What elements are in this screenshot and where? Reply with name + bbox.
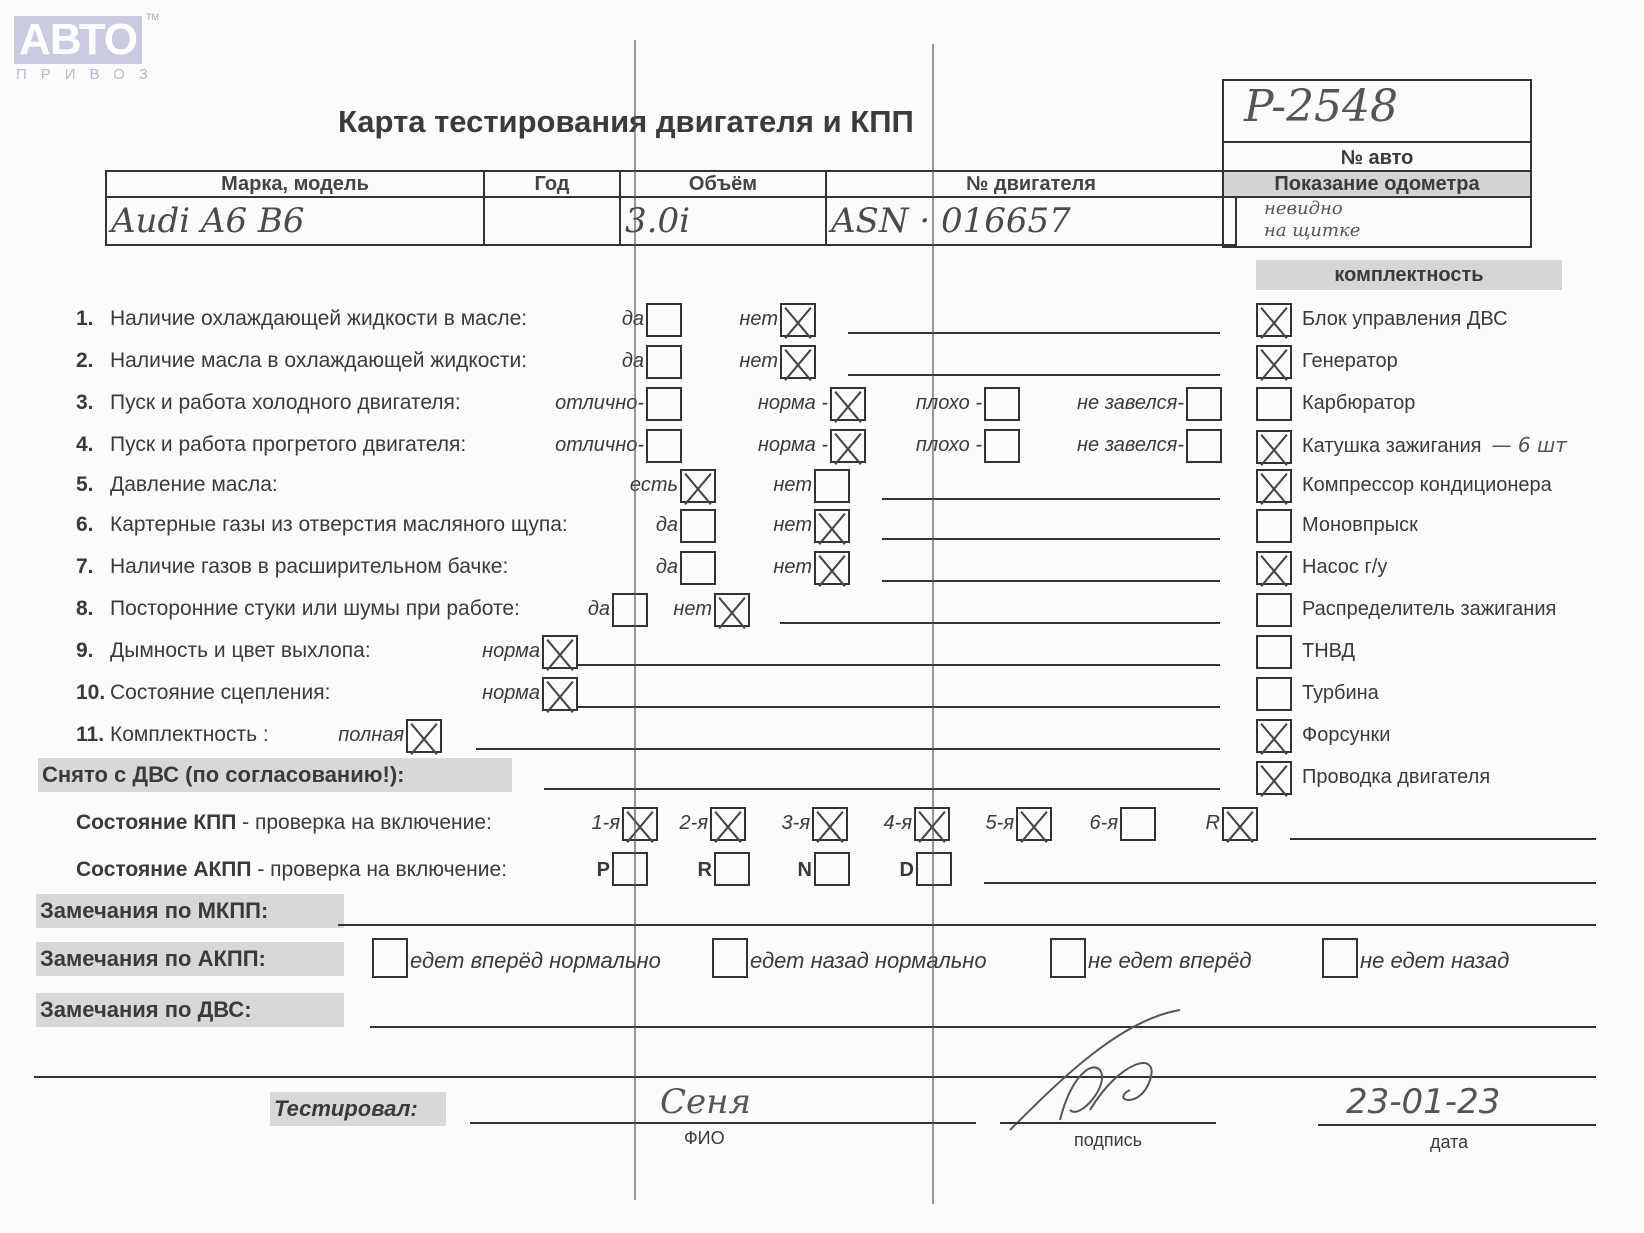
- komplekt-item-label: Проводка двигателя: [1302, 766, 1490, 788]
- remarks-akpp-label: Замечания по АКПП:: [36, 942, 344, 976]
- brand-subtitle: ПРИВОЗ: [16, 66, 162, 83]
- checkbox[interactable]: [406, 719, 442, 753]
- checkbox[interactable]: [1256, 387, 1292, 421]
- komplekt-item[interactable]: Катушка зажигания— 6 шт: [1256, 428, 1567, 462]
- tested-label: Тестировал:: [270, 1092, 446, 1126]
- komplekt-item-label: Катушка зажигания: [1302, 435, 1482, 457]
- checkbox[interactable]: [1256, 719, 1292, 753]
- check-label: Посторонние стуки или шумы при работе:: [110, 597, 520, 620]
- akpp-remark-checkbox[interactable]: [372, 938, 408, 978]
- checkbox[interactable]: [1256, 551, 1292, 585]
- name-caption: ФИО: [684, 1128, 725, 1149]
- komplekt-item-label: Карбюратор: [1302, 392, 1415, 414]
- check-number: 7.: [76, 550, 110, 584]
- akpp-remark-checkbox[interactable]: [1322, 938, 1358, 978]
- checkbox[interactable]: [646, 345, 682, 379]
- auto-number-label: № авто: [1224, 143, 1530, 173]
- komplekt-item-label: Компрессор кондиционера: [1302, 474, 1552, 496]
- check-number: 2.: [76, 344, 110, 378]
- akpp-label-bold: Состояние АКПП: [76, 858, 252, 881]
- option-label: не завелся-: [1077, 428, 1184, 462]
- checkbox[interactable]: [1186, 387, 1222, 421]
- checkbox[interactable]: [542, 677, 578, 711]
- notes-line[interactable]: [780, 622, 1220, 624]
- akpp-mode-label: R: [698, 853, 712, 887]
- checkbox[interactable]: [1256, 430, 1292, 464]
- gear-label: R: [1206, 806, 1220, 840]
- check-label: Комплектность :: [110, 723, 269, 746]
- checkbox[interactable]: [542, 635, 578, 669]
- option-label: отлично-: [555, 428, 644, 462]
- auto-number-value[interactable]: P-2548: [1224, 81, 1530, 143]
- checkbox[interactable]: [612, 593, 648, 627]
- checkbox[interactable]: [646, 387, 682, 421]
- check-number: 10.: [76, 676, 110, 710]
- tester-name[interactable]: Сеня: [660, 1082, 751, 1122]
- check-label: Давление масла:: [110, 473, 278, 496]
- komplekt-item-label: Форсунки: [1302, 724, 1390, 746]
- checkbox[interactable]: [646, 429, 682, 463]
- remarks-mkpp-label: Замечания по МКПП:: [36, 894, 344, 928]
- check-row: 11.Комплектность :: [76, 718, 269, 752]
- checkbox[interactable]: [780, 303, 816, 337]
- option-label: да: [656, 550, 678, 584]
- komplekt-item-note: — 6 шт: [1492, 433, 1567, 457]
- akpp-remark-checkbox[interactable]: [1050, 938, 1086, 978]
- option-label: да: [588, 592, 610, 626]
- gear-label: 4-я: [884, 806, 912, 840]
- option-label: норма -: [758, 386, 828, 420]
- gear-checkbox[interactable]: [622, 807, 658, 841]
- option-label: нет: [673, 592, 712, 626]
- check-row: 2.Наличие масла в охлаждающей жидкости:: [76, 344, 527, 378]
- col-year: Год: [484, 171, 620, 197]
- option-label: норма -: [758, 428, 828, 462]
- remarks-mkpp-line[interactable]: [338, 924, 1596, 926]
- komplekt-item-label: Генератор: [1302, 350, 1398, 372]
- gear-label: 5-я: [986, 806, 1014, 840]
- col-engine-no: № двигателя: [826, 171, 1236, 197]
- check-row: 1.Наличие охлаждающей жидкости в масле:: [76, 302, 527, 336]
- checkbox[interactable]: [1256, 303, 1292, 337]
- remarks-dvs-label: Замечания по ДВС:: [36, 993, 344, 1027]
- option-label: нет: [773, 468, 812, 502]
- komplekt-item[interactable]: Карбюратор: [1256, 386, 1415, 420]
- kpp-label-rest: - проверка на включение:: [236, 811, 492, 834]
- option-label: нет: [773, 550, 812, 584]
- notes-line[interactable]: [848, 374, 1220, 376]
- akpp-label: Состояние АКПП - проверка на включение:: [76, 853, 507, 887]
- remarks-dvs-line-2[interactable]: [34, 1076, 1596, 1078]
- option-label: плохо -: [916, 386, 982, 420]
- akpp-mode-checkbox[interactable]: [714, 852, 750, 886]
- komplekt-item[interactable]: Насос г/у: [1256, 550, 1387, 584]
- check-label: Состояние сцепления:: [110, 681, 330, 704]
- komplekt-item[interactable]: Компрессор кондиционера: [1256, 468, 1552, 502]
- check-label: Дымность и цвет выхлопа:: [110, 639, 371, 662]
- akpp-remark-label: едет назад нормально: [750, 944, 987, 978]
- komplekt-header: комплектность: [1256, 260, 1562, 290]
- akpp-remark-label: едет вперёд нормально: [410, 944, 661, 978]
- signature-icon[interactable]: [1000, 1000, 1200, 1140]
- col-model: Марка, модель: [106, 171, 484, 197]
- check-label: Наличие охлаждающей жидкости в масле:: [110, 307, 527, 330]
- komplekt-item-label: Моновпрыск: [1302, 514, 1418, 536]
- gear-label: 2-я: [680, 806, 708, 840]
- check-number: 4.: [76, 428, 110, 462]
- date-caption: дата: [1430, 1132, 1468, 1153]
- removed-line[interactable]: [544, 788, 1220, 790]
- checkbox[interactable]: [1186, 429, 1222, 463]
- notes-line[interactable]: [578, 706, 1220, 708]
- akpp-mode-label: P: [597, 853, 610, 887]
- gear-checkbox[interactable]: [1120, 807, 1156, 841]
- komplekt-item[interactable]: Проводка двигателя: [1256, 760, 1490, 794]
- option-label: полная: [338, 718, 404, 752]
- komplekt-item-label: ТНВД: [1302, 640, 1355, 662]
- name-line: [470, 1122, 976, 1124]
- check-number: 3.: [76, 386, 110, 420]
- kpp-label-bold: Состояние КПП: [76, 811, 236, 834]
- check-label: Наличие масла в охлаждающей жидкости:: [110, 349, 527, 372]
- check-row: 6.Картерные газы из отверстия масляного …: [76, 508, 568, 542]
- date-line: [1318, 1124, 1596, 1126]
- check-row: 8.Посторонние стуки или шумы при работе:: [76, 592, 520, 626]
- check-label: Наличие газов в расширительном бачке:: [110, 555, 508, 578]
- check-row: 10.Состояние сцепления:: [76, 676, 330, 710]
- odometer-label: Показание одометра: [1224, 172, 1530, 198]
- volume-value[interactable]: 3.0i: [620, 197, 826, 245]
- komplekt-item[interactable]: Блок управления ДВС: [1256, 302, 1508, 336]
- gear-checkbox[interactable]: [1222, 807, 1258, 841]
- akpp-line[interactable]: [984, 882, 1596, 884]
- gear-checkbox[interactable]: [710, 807, 746, 841]
- checkbox[interactable]: [830, 429, 866, 463]
- gear-checkbox[interactable]: [812, 807, 848, 841]
- checkbox[interactable]: [1256, 635, 1292, 669]
- notes-line[interactable]: [578, 664, 1220, 666]
- odometer-value-line2: на щитке: [1264, 220, 1530, 242]
- option-label: нет: [739, 302, 778, 336]
- removed-label: Снято с ДВС (по согласованию!):: [38, 758, 512, 792]
- check-label: Пуск и работа холодного двигателя:: [110, 391, 461, 414]
- col-volume: Объём: [620, 171, 826, 197]
- komplekt-item[interactable]: Генератор: [1256, 344, 1398, 378]
- auto-number-box: P-2548 № авто: [1222, 79, 1532, 175]
- check-number: 9.: [76, 634, 110, 668]
- checkbox[interactable]: [1256, 345, 1292, 379]
- engine-no-value[interactable]: ASN · 016657: [826, 197, 1236, 245]
- akpp-mode-checkbox[interactable]: [814, 852, 850, 886]
- checkbox[interactable]: [780, 345, 816, 379]
- option-label: нет: [773, 508, 812, 542]
- gear-label: 6-я: [1090, 806, 1118, 840]
- checkbox[interactable]: [830, 387, 866, 421]
- option-label: плохо -: [916, 428, 982, 462]
- fold-line: [634, 40, 636, 1200]
- komplekt-item[interactable]: Форсунки: [1256, 718, 1390, 752]
- kpp-label: Состояние КПП - проверка на включение:: [76, 806, 492, 840]
- signature-caption: подпись: [1074, 1130, 1142, 1151]
- akpp-mode-label: D: [900, 853, 914, 887]
- checkbox[interactable]: [680, 551, 716, 585]
- akpp-remark-label: не едет назад: [1360, 944, 1509, 978]
- year-value[interactable]: [484, 197, 620, 245]
- notes-line[interactable]: [476, 748, 1220, 750]
- akpp-mode-checkbox[interactable]: [612, 852, 648, 886]
- fold-line: [932, 44, 934, 1204]
- komplekt-item-label: Турбина: [1302, 682, 1379, 704]
- checkbox[interactable]: [1256, 761, 1292, 795]
- option-label: да: [622, 344, 644, 378]
- komplekt-item[interactable]: Распределитель зажигания: [1256, 592, 1556, 626]
- page-title: Карта тестирования двигателя и КПП: [338, 104, 914, 140]
- check-label: Пуск и работа прогретого двигателя:: [110, 433, 466, 456]
- option-label: норма: [482, 676, 540, 710]
- checkbox[interactable]: [714, 593, 750, 627]
- akpp-remark-checkbox[interactable]: [712, 938, 748, 978]
- checkbox[interactable]: [1256, 469, 1292, 503]
- checkbox[interactable]: [984, 387, 1020, 421]
- check-number: 6.: [76, 508, 110, 542]
- option-label: нет: [739, 344, 778, 378]
- check-number: 8.: [76, 592, 110, 626]
- komplekt-item[interactable]: Турбина: [1256, 676, 1379, 710]
- komplekt-item[interactable]: ТНВД: [1256, 634, 1355, 668]
- check-row: 9.Дымность и цвет выхлопа:: [76, 634, 371, 668]
- check-row: 7.Наличие газов в расширительном бачке:: [76, 550, 508, 584]
- option-label: не завелся-: [1077, 386, 1184, 420]
- checkbox[interactable]: [1256, 509, 1292, 543]
- check-row: 5.Давление масла:: [76, 468, 278, 502]
- check-row: 3.Пуск и работа холодного двигателя:: [76, 386, 461, 420]
- check-number: 5.: [76, 468, 110, 502]
- test-date[interactable]: 23-01-23: [1346, 1082, 1500, 1122]
- notes-line[interactable]: [848, 332, 1220, 334]
- checkbox[interactable]: [1256, 677, 1292, 711]
- komplekt-item[interactable]: Моновпрыск: [1256, 508, 1418, 542]
- option-label: есть: [630, 468, 678, 502]
- check-number: 11.: [76, 718, 110, 752]
- akpp-label-rest: - проверка на включение:: [252, 858, 508, 881]
- checkbox[interactable]: [814, 551, 850, 585]
- checkbox[interactable]: [984, 429, 1020, 463]
- brand-logo: АВТО: [14, 16, 142, 64]
- vehicle-info-table: Марка, модель Год Объём № двигателя Audi…: [105, 170, 1237, 246]
- model-value[interactable]: Audi A6 B6: [106, 197, 484, 245]
- checkbox[interactable]: [1256, 593, 1292, 627]
- check-row: 4.Пуск и работа прогретого двигателя:: [76, 428, 466, 462]
- komplekt-item-label: Насос г/у: [1302, 556, 1387, 578]
- trademark: TM: [146, 12, 159, 22]
- odometer-box: Показание одометра невидно на щитке: [1222, 170, 1532, 248]
- signature-line: [1000, 1122, 1216, 1124]
- kpp-line[interactable]: [1290, 838, 1596, 840]
- komplekt-item-label: Блок управления ДВС: [1302, 308, 1508, 330]
- gear-checkbox[interactable]: [1016, 807, 1052, 841]
- akpp-mode-label: N: [798, 853, 812, 887]
- akpp-remark-label: не едет вперёд: [1088, 944, 1252, 978]
- akpp-mode-checkbox[interactable]: [916, 852, 952, 886]
- check-label: Картерные газы из отверстия масляного щу…: [110, 513, 568, 536]
- checkbox[interactable]: [680, 509, 716, 543]
- option-label: отлично-: [555, 386, 644, 420]
- odometer-value[interactable]: невидно на щитке: [1224, 198, 1530, 246]
- checkbox[interactable]: [680, 469, 716, 503]
- gear-label: 1-я: [592, 806, 620, 840]
- option-label: да: [656, 508, 678, 542]
- checkbox[interactable]: [814, 469, 850, 503]
- checkbox[interactable]: [646, 303, 682, 337]
- odometer-value-line1: невидно: [1264, 198, 1530, 220]
- option-label: норма: [482, 634, 540, 668]
- gear-label: 3-я: [782, 806, 810, 840]
- option-label: да: [622, 302, 644, 336]
- check-number: 1.: [76, 302, 110, 336]
- checkbox[interactable]: [814, 509, 850, 543]
- komplekt-item-label: Распределитель зажигания: [1302, 598, 1556, 620]
- remarks-dvs-line[interactable]: [370, 1026, 1596, 1028]
